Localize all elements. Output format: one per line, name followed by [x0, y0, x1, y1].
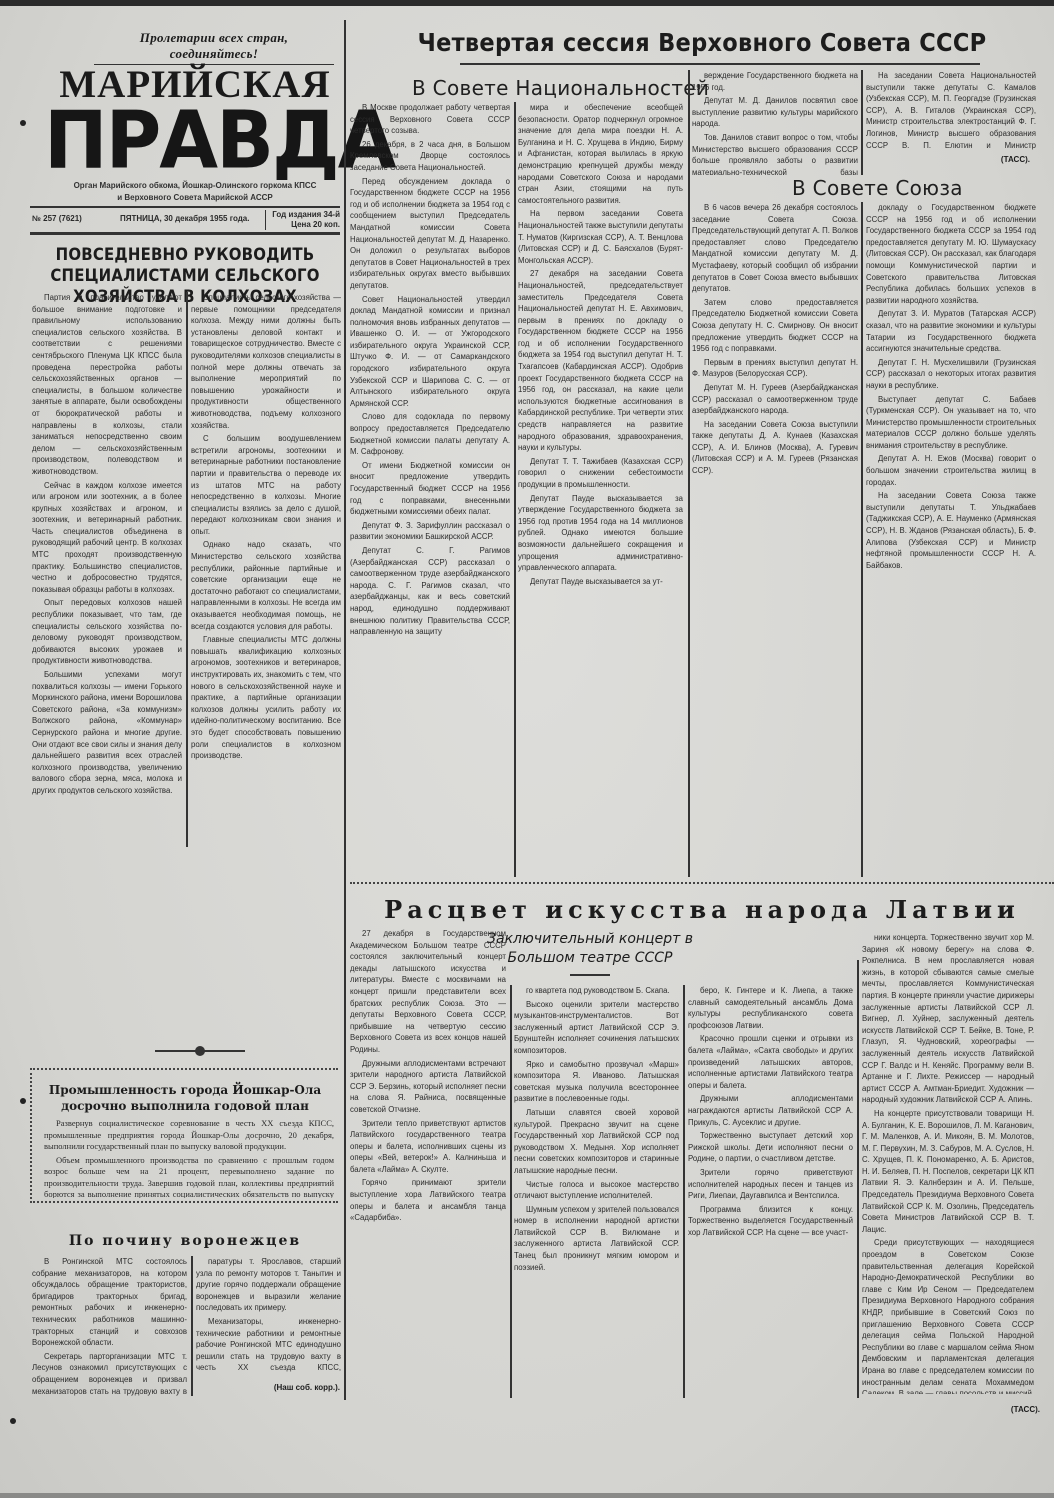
latvia-subhead-rule — [570, 974, 610, 976]
paragraph: Специалисты сельского хозяйства — первые… — [191, 292, 341, 431]
paragraph: го квартета под руководством Б. Скапа. — [514, 985, 679, 997]
yoshkar-ola-headline-line1: Промышленность города Йошкар-Ола — [40, 1082, 330, 1098]
nationalities-column-1: В Москве продолжает работу четвертая сес… — [350, 102, 510, 877]
yoshkar-ola-body: Развернув социалистическое соревнование … — [44, 1118, 334, 1198]
paragraph: Затем слово предоставляется Председателю… — [692, 297, 858, 355]
price: Цена 20 коп. — [291, 220, 340, 229]
paragraph: Депутат З. И. Муратов (Татарская АССР) с… — [866, 308, 1036, 354]
paragraph: Партия и правительство уделяют большое в… — [32, 292, 182, 478]
paragraph: На первом заседании Совета Национальност… — [518, 208, 683, 266]
voronezh-column-1: В Ронгинской МТС состоялось собрание мех… — [32, 1256, 187, 1396]
paragraph: От имени Бюджетной комиссии он вносит пр… — [350, 460, 510, 518]
latvia-headline: Расцвет искусства народа Латвии — [350, 895, 1054, 924]
masthead-rule — [30, 206, 340, 208]
paragraph: Совет Национальностей утвердил доклад Ма… — [350, 294, 510, 410]
paragraph: Зрители тепло приветствуют артистов Латв… — [350, 1118, 506, 1176]
nationalities-column-3: верждение Государственного бюджета на 19… — [692, 70, 858, 175]
column-divider — [861, 70, 863, 175]
paragraph: В Москве продолжает работу четвертая сес… — [350, 102, 510, 137]
paragraph: Депутат С. Г. Рагимов (Азербайджанская С… — [350, 545, 510, 638]
paragraph: Высоко оценили зрители мастерство музыка… — [514, 999, 679, 1057]
masthead-organ: Орган Марийского обкома, Йошкар-Олинског… — [60, 180, 330, 204]
paragraph: Слово для содоклада по первому вопросу п… — [350, 411, 510, 457]
yoshkar-ola-headline: Промышленность города Йошкар-Ола досрочн… — [40, 1082, 330, 1114]
paragraph: Шумным успехом у зрителей пользовался но… — [514, 1204, 679, 1274]
newspaper-title-line2: ПРАВДА — [44, 98, 340, 182]
paragraph: 26 декабря, в 2 часа дня, в Большом Крем… — [350, 139, 510, 174]
issue-year-price: Год издания 34-й Цена 20 коп. — [265, 210, 340, 230]
paragraph: верждение Государственного бюджета на 19… — [692, 70, 858, 93]
paragraph: Развернув социалистическое соревнование … — [44, 1118, 334, 1153]
issue-date: ПЯТНИЦА, 30 декабря 1955 года. — [120, 214, 249, 223]
section-ornament — [155, 1050, 245, 1052]
organ-line2: и Верховного Совета Марийской АССР — [60, 192, 330, 204]
paragraph: Дружными аплодисментами награждаются арт… — [688, 1093, 853, 1128]
organ-line1: Орган Марийского обкома, Йошкар-Олинског… — [60, 180, 330, 192]
paragraph: Программа близится к концу. Торжественно… — [688, 1204, 853, 1239]
paragraph: На заседании Совета Союза выступили такж… — [692, 419, 858, 477]
masthead-slogan: Пролетарии всех стран, соединяйтесь! — [94, 30, 334, 65]
column-divider — [514, 102, 516, 877]
paragraph: Депутат А. Н. Ежов (Москва) говорит о бо… — [866, 453, 1036, 488]
page-column-divider — [344, 20, 346, 1400]
issue-number: № 257 (7621) — [32, 214, 82, 223]
year-of-publication: Год издания 34-й — [272, 210, 340, 219]
session-headline-rule — [460, 63, 980, 65]
paragraph: Большими успехами могут похвалиться колх… — [32, 669, 182, 797]
voronezh-signoff: (Наш соб. корр.). — [240, 1383, 340, 1392]
paragraph: Зрители горячо приветствуют исполнителей… — [688, 1167, 853, 1202]
paragraph: Перед обсуждением доклада о Государствен… — [350, 176, 510, 292]
newspaper-page: Пролетарии всех стран, соединяйтесь! МАР… — [0, 0, 1054, 1498]
column-divider — [688, 70, 690, 877]
specialists-column-2: Специалисты сельского хозяйства — первые… — [191, 292, 341, 847]
paragraph: Дружными аплодисментами встречают зрител… — [350, 1058, 506, 1116]
nationalities-column-4: На заседании Совета Национальностей выст… — [866, 70, 1036, 150]
paragraph: беро, К. Гинтере и К. Лиепа, а также сла… — [688, 985, 853, 1031]
paragraph: ники концерта. Торжественно звучит хор М… — [862, 932, 1034, 1106]
scan-bottom-edge — [0, 1493, 1054, 1498]
column-divider — [191, 1256, 193, 1396]
paragraph: Первым в прениях выступил депутат Н. Ф. … — [692, 357, 858, 380]
voronezh-column-2: паратуры т. Ярославов, старший узла по р… — [196, 1256, 341, 1376]
latvia-column-3: беро, К. Гинтере и К. Лиепа, а также сла… — [688, 985, 853, 1398]
paragraph: Латыши славятся своей хоровой культурой.… — [514, 1107, 679, 1177]
union-column-2: докладу о Государственном бюджете СССР н… — [866, 202, 1036, 877]
punch-hole — [20, 1098, 26, 1104]
nationalities-signoff: (ТАСС). — [980, 155, 1030, 164]
paragraph: В Ронгинской МТС состоялось собрание мех… — [32, 1256, 187, 1349]
paragraph: Тов. Данилов ставит вопрос о том, чтобы … — [692, 132, 858, 175]
paragraph: Депутат Пауде высказывается за ут- — [518, 576, 683, 588]
paragraph: Главные специалисты МТС должны повышать … — [191, 634, 341, 762]
column-divider — [861, 202, 863, 877]
paragraph: Секретарь парторганизации МТС т. Лесунов… — [32, 1351, 187, 1396]
paragraph: На заседании Совета Союза также выступил… — [866, 490, 1036, 571]
column-divider — [683, 985, 685, 1398]
punch-hole — [20, 120, 26, 126]
paragraph: Депутат Ф. З. Зарифуллин рассказал о раз… — [350, 520, 510, 543]
voronezh-headline: По почину воронежцев — [30, 1233, 340, 1249]
paragraph: С большим воодушевлением встретили агрон… — [191, 433, 341, 537]
union-subhead: В Совете Союза — [792, 176, 963, 200]
nationalities-column-2: мира и обеспечение всеобщей безопасности… — [518, 102, 683, 877]
paragraph: Среди присутствующих — находящиеся проез… — [862, 1237, 1034, 1394]
paragraph: На заседании Совета Национальностей выст… — [866, 70, 1036, 150]
latvia-column-4: ники концерта. Торжественно звучит хор М… — [862, 932, 1034, 1394]
punch-hole — [10, 1418, 16, 1424]
wavy-separator — [350, 882, 1054, 885]
paragraph: В 6 часов вечера 26 декабря состоялось з… — [692, 202, 858, 295]
paragraph: Объем промышленного производства по срав… — [44, 1155, 334, 1199]
paragraph: Депутат Пауде высказывается за утвержден… — [518, 493, 683, 574]
paragraph: Однако надо сказать, что Министерство се… — [191, 539, 341, 632]
issue-info-row: № 257 (7621) ПЯТНИЦА, 30 декабря 1955 го… — [30, 210, 340, 232]
paragraph: Выступает депутат С. Бабаев (Туркменская… — [866, 394, 1036, 452]
paragraph: Сейчас в каждом колхозе имеется или агро… — [32, 480, 182, 596]
paragraph: Депутат Г. Н. Мусхелишвили (Грузинская С… — [866, 357, 1036, 392]
paragraph: Ярко и самобытно прозвучал «Марш» композ… — [514, 1059, 679, 1105]
column-divider — [510, 985, 512, 1398]
paragraph: докладу о Государственном бюджете СССР н… — [866, 202, 1036, 306]
paragraph: Красочно прошли сценки и отрывки из бале… — [688, 1033, 853, 1091]
paragraph: мира и обеспечение всеобщей безопасности… — [518, 102, 683, 206]
paragraph: Депутат Т. Т. Тажибаев (Казахская ССР) г… — [518, 456, 683, 491]
paragraph: Опыт передовых колхозов нашей республики… — [32, 597, 182, 667]
paragraph: Торжественно выступает детский хор Рижск… — [688, 1130, 853, 1165]
union-column-1: В 6 часов вечера 26 декабря состоялось з… — [692, 202, 858, 877]
paragraph: На концерте присутствовали товарищи Н. А… — [862, 1108, 1034, 1236]
column-divider — [857, 960, 859, 1398]
paragraph: Горячо принимают зрители выступление хор… — [350, 1177, 506, 1223]
paragraph: Депутат М. Д. Данилов посвятил свое выст… — [692, 95, 858, 130]
paragraph: 27 декабря в Государственном Академическ… — [350, 928, 506, 1056]
paragraph: Механизаторы, инженерно-технические рабо… — [196, 1316, 341, 1376]
session-headline: Четвертая сессия Верховного Совета СССР — [385, 28, 1019, 57]
yoshkar-ola-headline-line2: досрочно выполнила годовой план — [40, 1098, 330, 1114]
column-divider — [186, 292, 188, 847]
latvia-column-2: го квартета под руководством Б. Скапа.Вы… — [514, 985, 679, 1398]
nationalities-subhead: В Совете Национальностей — [412, 76, 709, 100]
latvia-column-1: 27 декабря в Государственном Академическ… — [350, 928, 506, 1398]
specialists-column-1: Партия и правительство уделяют большое в… — [32, 292, 182, 847]
paragraph: Депутат М. Н. Гуреев (Азербайджанская СС… — [692, 382, 858, 417]
paragraph: 27 декабря на заседании Совета Националь… — [518, 268, 683, 454]
scan-top-edge — [0, 0, 1054, 6]
paragraph: паратуры т. Ярославов, старший узла по р… — [196, 1256, 341, 1314]
paragraph: Чистые голоса и высокое мастерство отлич… — [514, 1179, 679, 1202]
masthead-rule-bottom — [30, 232, 340, 235]
latvia-signoff: (ТАСС). — [990, 1405, 1040, 1414]
